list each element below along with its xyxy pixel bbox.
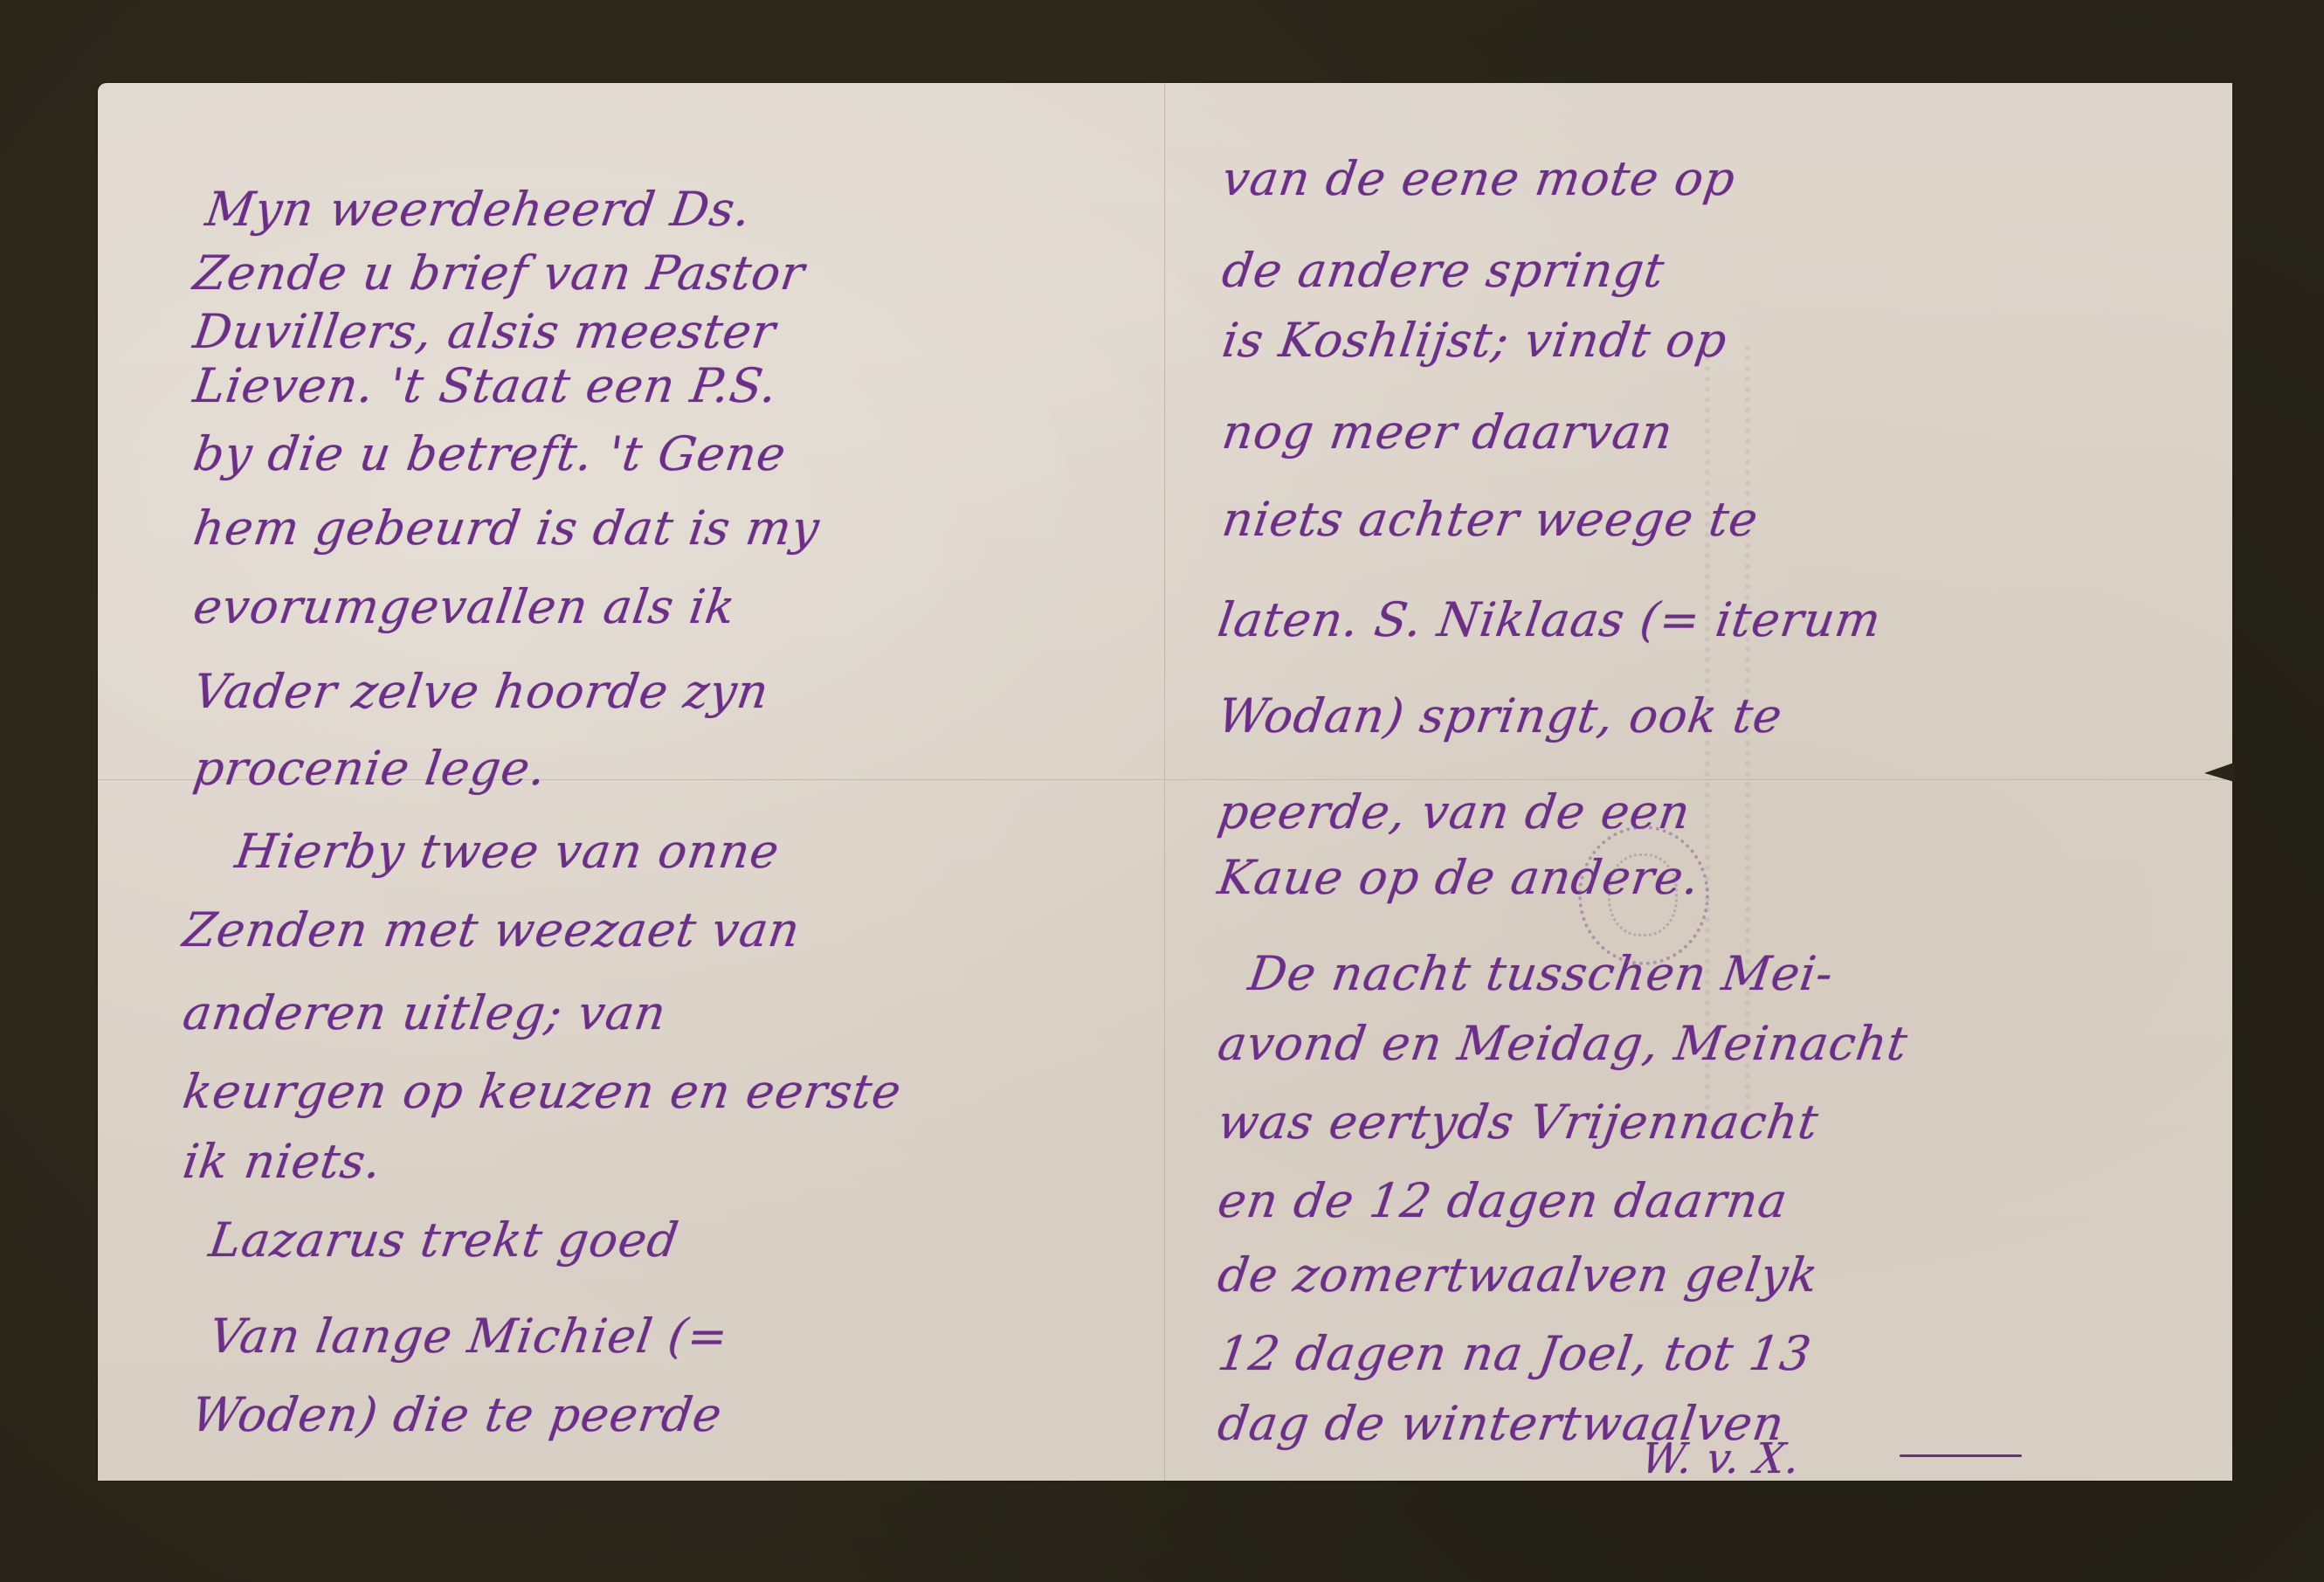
letter-line: evorumgevallen als ik [190, 581, 739, 633]
letter-line: is Koshlijst; vindt op [1219, 314, 1731, 367]
letter-line: Zende u brief van Pastor [190, 247, 809, 300]
ink-stamp-icon [1578, 826, 1709, 965]
letter-line: Lazarus trekt goed [206, 1214, 682, 1267]
letter-line: de zomertwaalven gelyk [1215, 1249, 1822, 1302]
salutation: Myn weerdeheerd Ds. [203, 183, 755, 236]
vertical-fold-crease [1164, 83, 1166, 1481]
letter-line: Duvillers, alsis meester [190, 306, 779, 358]
fold-edge-tear [2204, 763, 2234, 782]
letter-line: by die u betreft. 't Gene [190, 428, 790, 480]
letter-line: Van lange Michiel (= [206, 1310, 732, 1363]
letter-line: procenie lege. [190, 743, 550, 795]
letter-line: keurgen op keuzen en eerste [180, 1066, 905, 1118]
letter-line: niets achter weege te [1219, 494, 1762, 546]
signature: W. v. X. [1638, 1433, 1803, 1485]
letter-line: laten. S. Niklaas (= iterum [1215, 594, 1885, 646]
letter-line: 12 dagen na Joel, tot 13 [1215, 1328, 1815, 1380]
letter-line: Lieven. 't Staat een P.S. [190, 360, 781, 412]
signature-flourish [1900, 1454, 2022, 1457]
letter-line: Vader zelve hoorde zyn [190, 666, 773, 718]
letter-line: was eertyds Vrijennacht [1215, 1096, 1822, 1149]
letter-line: Wodan) springt, ook te [1215, 690, 1786, 743]
letter-line: Zenden met weezaet van [180, 904, 803, 957]
letter-line: De nacht tusschen Mei- [1245, 948, 1837, 1000]
letter-line: hem gebeurd is dat is my [190, 502, 824, 555]
letter-line: nog meer daarvan [1219, 406, 1677, 459]
letter-line: avond en Meidag, Meinacht [1215, 1018, 1911, 1070]
stamp-emblem [1608, 853, 1678, 936]
letter-line: de andere springt [1219, 245, 1668, 297]
letter-line: ik niets. [180, 1136, 385, 1188]
letter-line: Hierby twee van onne [232, 826, 783, 878]
letter-line: van de eene mote op [1219, 153, 1739, 205]
letter-line: anderen uitleg; van [180, 987, 670, 1040]
letter-line: Woden) die te peerde [189, 1389, 726, 1441]
letter-line: en de 12 dagen daarna [1215, 1175, 1791, 1227]
